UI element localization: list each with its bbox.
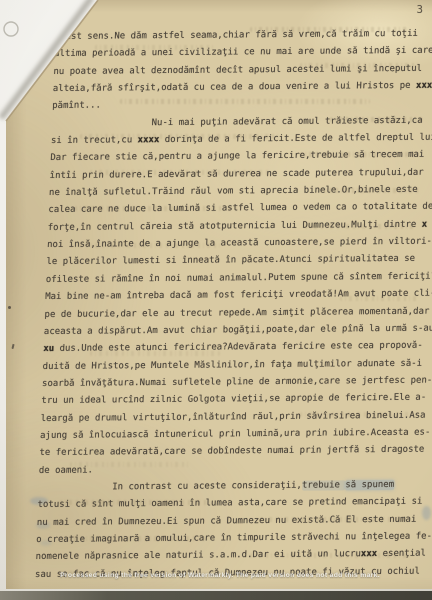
typed-text: In contrast cu aceste consideraţii, bbox=[112, 481, 302, 493]
typed-text: le plăcerilor lumesti si înneată în păca… bbox=[46, 254, 415, 267]
watermark-text: Processed using the free version of Wate… bbox=[0, 572, 432, 579]
typed-text: ofileste si rămîne în noi numai animalul… bbox=[46, 271, 432, 284]
typed-text: acest sens.Ne dăm astfel seama,chiar făr… bbox=[55, 29, 419, 42]
overstrike-text: xxx bbox=[361, 549, 378, 559]
typed-text: soarbă învăţătura.Numai sufletele pline … bbox=[42, 375, 432, 388]
typed-text: leargă pe drumul virtuţilor,înlăturînd r… bbox=[41, 410, 426, 423]
table-surface-strip bbox=[0, 591, 432, 600]
highlighted-text: să spunem bbox=[345, 480, 394, 490]
typed-text: totusi că sînt mulţi oameni în lumea ast… bbox=[37, 497, 422, 510]
typed-text: tru un ideal urcînd zilnic Golgota vieţi… bbox=[41, 393, 426, 406]
typed-text: pe de bucurie,dar ele au trecut repede.A… bbox=[44, 306, 429, 319]
typed-text: forţe,în centrul căreia stă atotputernic… bbox=[48, 220, 422, 233]
overstrike-text: xxxx bbox=[137, 135, 159, 145]
typed-text: întîi prin durere.E adevărat să durerea … bbox=[49, 167, 423, 180]
typed-text-block: acest sens.Ne dăm astfel seama,chiar făr… bbox=[35, 26, 432, 584]
typed-text: pămînt... bbox=[52, 101, 101, 111]
typed-text: ultima perioadă a unei civilizaţii ce nu… bbox=[54, 46, 432, 59]
highlighted-text: trebuie bbox=[302, 480, 346, 490]
typed-text: duită de Hristos,pe Muntele Măslinilor,î… bbox=[42, 358, 422, 371]
overstrike-text: xu bbox=[43, 344, 54, 354]
typed-text: nu poate avea alt deznodămînt decît apus… bbox=[53, 63, 422, 76]
stray-ink-dot bbox=[8, 306, 11, 309]
overstrike-text: x bbox=[422, 219, 428, 229]
typed-text: nu mai cred în Dumnezeu.Ei spun că Dumne… bbox=[37, 514, 417, 527]
typed-text: Nu-i mai puţin adevărat că omul trăieste… bbox=[151, 115, 422, 127]
typed-text: Mai bine ne-am întreba dacă am fost feri… bbox=[45, 289, 432, 302]
typed-text: ne înalţă sufletul.Trăind răul vom sti a… bbox=[49, 185, 418, 198]
typed-text: dus.Unde este atunci fericirea?Adevărata… bbox=[54, 341, 423, 354]
typed-text: te fericirea adevărată,care se dobîndest… bbox=[39, 445, 424, 458]
typed-text: dorinţa de a fi fericit.Este de altfel d… bbox=[159, 133, 432, 145]
typed-text: esenţial bbox=[377, 549, 426, 559]
typed-text: alteia,fără sfîrşit,odată cu cea de a do… bbox=[53, 81, 417, 94]
typed-text: o creaţie imaginară a omului,care în tim… bbox=[36, 531, 432, 544]
paper-sheet: acest sens.Ne dăm astfel seama,chiar făr… bbox=[0, 0, 432, 600]
page-number: 3 bbox=[417, 4, 423, 16]
overstrike-text: xxxx bbox=[416, 81, 432, 91]
typed-text: nomenele năprasnice ale naturii s.a.m.d.… bbox=[35, 549, 361, 562]
typed-text: ajung să înlocuiască întunericul prin lu… bbox=[40, 427, 431, 440]
typed-text: noi însă,înainte de a ajunge la această … bbox=[47, 237, 432, 250]
typed-text: de oameni. bbox=[39, 465, 94, 475]
typed-line: te fericirea adevărată,care se dobîndest… bbox=[39, 442, 426, 463]
typed-text: Dar fiecare stie că,pentru a ajunge la f… bbox=[50, 150, 424, 163]
typed-text: si în trecut,cu bbox=[51, 135, 138, 146]
scanned-typewritten-page: acest sens.Ne dăm astfel seama,chiar făr… bbox=[0, 0, 432, 600]
typed-text: calea care ne duce la lumină si astfel l… bbox=[48, 202, 432, 215]
typed-text: aceasta a dispărut.Am avut chiar bogăţii… bbox=[44, 323, 432, 336]
